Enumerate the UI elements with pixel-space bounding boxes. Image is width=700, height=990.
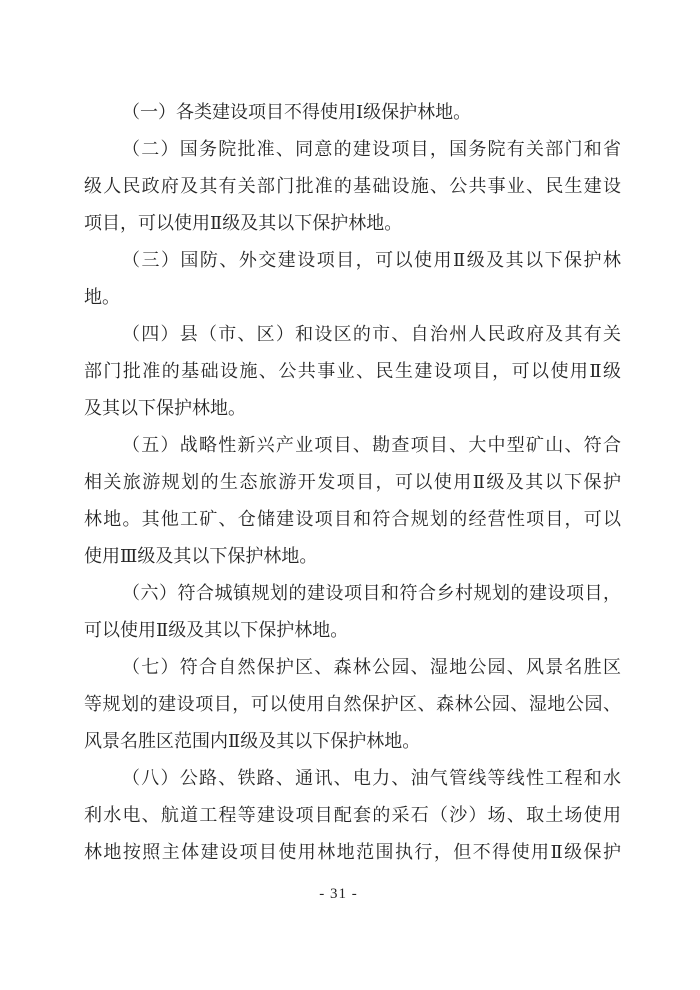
page-number: - 31 - bbox=[70, 886, 607, 903]
paragraph-7: （七）符合自然保护区、森林公园、湿地公园、风景名胜区 等规划的建设项目，可以使用… bbox=[84, 649, 621, 760]
paragraph-4: （四）县（市、区）和设区的市、自治州人民政府及其有关 部门批准的基础设施、公共事… bbox=[84, 316, 621, 427]
text-line: 级人民政府及其有关部门批准的基础设施、公共事业、民生建设 bbox=[84, 168, 621, 205]
text-line: 使用Ⅲ级及其以下保护林地。 bbox=[84, 538, 621, 575]
text-line: 项目，可以使用Ⅱ级及其以下保护林地。 bbox=[84, 205, 621, 242]
paragraph-2: （二）国务院批准、同意的建设项目，国务院有关部门和省 级人民政府及其有关部门批准… bbox=[84, 131, 621, 242]
text-line: （八）公路、铁路、通讯、电力、油气管线等线性工程和水 bbox=[84, 760, 621, 797]
paragraph-5: （五）战略性新兴产业项目、勘查项目、大中型矿山、符合 相关旅游规划的生态旅游开发… bbox=[84, 427, 621, 575]
document-page: （一）各类建设项目不得使用Ⅰ级保护林地。 （二）国务院批准、同意的建设项目，国务… bbox=[0, 0, 700, 990]
document-body: （一）各类建设项目不得使用Ⅰ级保护林地。 （二）国务院批准、同意的建设项目，国务… bbox=[84, 94, 621, 871]
text-line: 林地。其他工矿、仓储建设项目和符合规划的经营性项目，可以 bbox=[84, 501, 621, 538]
text-line: 风景名胜区范围内Ⅱ级及其以下保护林地。 bbox=[84, 723, 621, 760]
paragraph-6: （六）符合城镇规划的建设项目和符合乡村规划的建设项目， 可以使用Ⅱ级及其以下保护… bbox=[84, 575, 621, 649]
paragraph-1: （一）各类建设项目不得使用Ⅰ级保护林地。 bbox=[84, 94, 621, 131]
text-line: 部门批准的基础设施、公共事业、民生建设项目，可以使用Ⅱ级 bbox=[84, 353, 621, 390]
text-line: （四）县（市、区）和设区的市、自治州人民政府及其有关 bbox=[84, 316, 621, 353]
text-line: （七）符合自然保护区、森林公园、湿地公园、风景名胜区 bbox=[84, 649, 621, 686]
text-line: （一）各类建设项目不得使用Ⅰ级保护林地。 bbox=[84, 94, 621, 131]
text-line: 等规划的建设项目，可以使用自然保护区、森林公园、湿地公园、 bbox=[84, 686, 621, 723]
text-line: 可以使用Ⅱ级及其以下保护林地。 bbox=[84, 612, 621, 649]
text-line: （三）国防、外交建设项目，可以使用Ⅱ级及其以下保护林 bbox=[84, 242, 621, 279]
paragraph-8: （八）公路、铁路、通讯、电力、油气管线等线性工程和水 利水电、航道工程等建设项目… bbox=[84, 760, 621, 871]
text-line: （五）战略性新兴产业项目、勘查项目、大中型矿山、符合 bbox=[84, 427, 621, 464]
text-line: 地。 bbox=[84, 279, 621, 316]
text-line: 利水电、航道工程等建设项目配套的采石（沙）场、取土场使用 bbox=[84, 797, 621, 834]
text-line: 及其以下保护林地。 bbox=[84, 390, 621, 427]
text-line: （六）符合城镇规划的建设项目和符合乡村规划的建设项目， bbox=[84, 575, 621, 612]
text-line: 林地按照主体建设项目使用林地范围执行，但不得使用Ⅱ级保护 bbox=[84, 834, 621, 871]
paragraph-3: （三）国防、外交建设项目，可以使用Ⅱ级及其以下保护林 地。 bbox=[84, 242, 621, 316]
text-line: （二）国务院批准、同意的建设项目，国务院有关部门和省 bbox=[84, 131, 621, 168]
text-line: 相关旅游规划的生态旅游开发项目，可以使用Ⅱ级及其以下保护 bbox=[84, 464, 621, 501]
